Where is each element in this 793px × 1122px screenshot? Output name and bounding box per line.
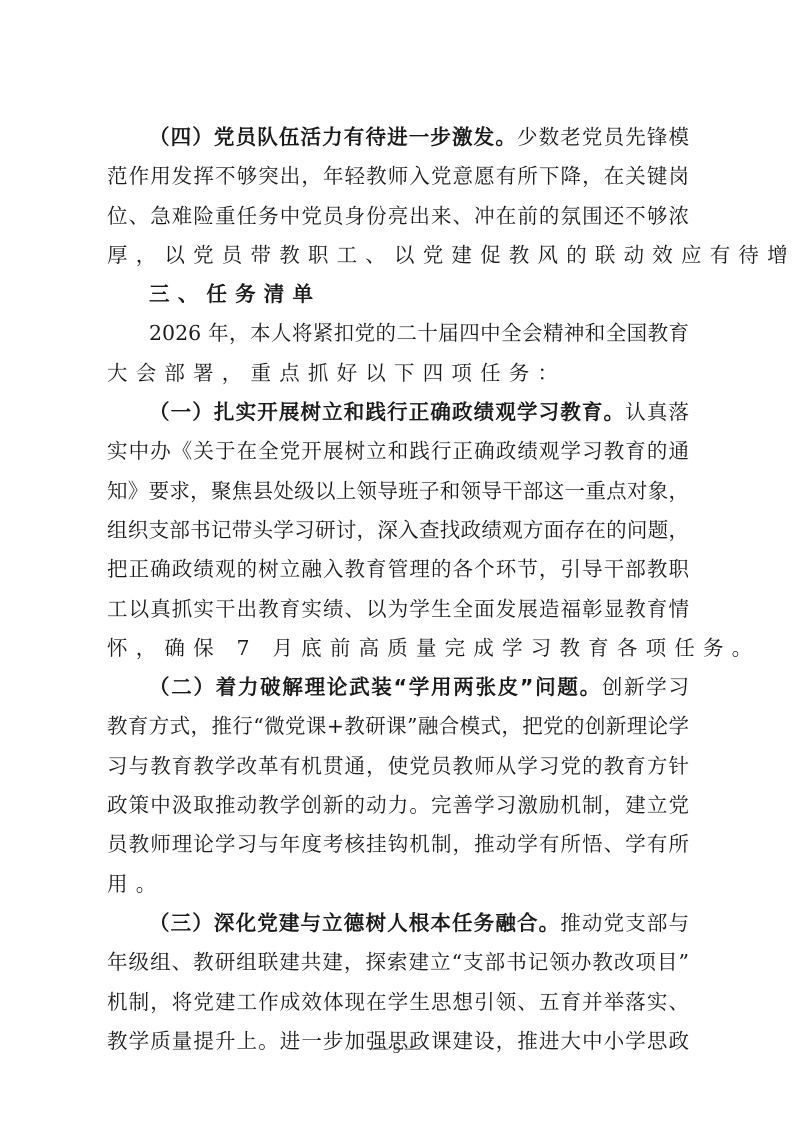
text-line: 习与教育教学改革有机贯通，使党员教师从学习党的教育方针: [107, 747, 689, 786]
body-text: 员教师理论学习与年度考核挂钩机制，推动学有所悟、学有所: [107, 832, 689, 856]
body-text: 教育方式，推行“微党课+教研课”融合模式，把党的创新理论学: [107, 714, 689, 738]
body-text: 认真落: [625, 400, 689, 424]
body-text: 位、急难险重任务中党员身份亮出来、冲在前的氛围还不够浓: [107, 204, 689, 228]
paragraph-p4: （四）党员队伍活力有待进一步激发。少数老党员先锋模范作用发挥不够突出，年轻教师入…: [107, 118, 689, 275]
body-text: 工以真抓实干出教育实绩、以为学生全面发展造福彰显教育情: [107, 597, 689, 621]
text-line: 大会部署，重点抓好以下四项任务：: [107, 354, 689, 393]
task-heading: （三）深化党建与立德树人根本任务融合。: [149, 911, 560, 935]
text-line: 工以真抓实干出教育实绩、以为学生全面发展造福彰显教育情: [107, 590, 689, 629]
text-line: （四）党员队伍活力有待进一步激发。少数老党员先锋模: [107, 118, 689, 157]
paragraph-section3: 三、任务清单: [107, 275, 689, 314]
body-text: 知》要求，聚焦县处级以上领导班子和领导干部这一重点对象，: [107, 479, 689, 503]
body-text: 范作用发挥不够突出，年轻教师入党意愿有所下降，在关键岗: [107, 164, 689, 188]
body-text: 习与教育教学改革有机贯通，使党员教师从学习党的教育方针: [107, 754, 689, 778]
body-text: 推动党支部与: [560, 911, 689, 935]
document-page: （四）党员队伍活力有待进一步激发。少数老党员先锋模范作用发挥不够突出，年轻教师入…: [107, 118, 689, 1061]
text-line: 把正确政绩观的树立融入教育管理的各个环节，引导干部教职: [107, 550, 689, 589]
body-text: 组织支部书记带头学习研讨，深入查找政绩观方面存在的问题，: [107, 518, 689, 542]
text-line: 年级组、教研组联建共建，探索建立“支部书记领办教改项目”: [107, 943, 689, 982]
body-text: 用。: [107, 872, 164, 896]
section-heading: 三、任务清单: [149, 282, 321, 306]
text-line: （一）扎实开展树立和践行正确政绩观学习教育。认真落: [107, 393, 689, 432]
text-line: 知》要求，聚焦县处级以上领导班子和领导干部这一重点对象，: [107, 472, 689, 511]
text-line: （三）深化党建与立德树人根本任务融合。推动党支部与: [107, 904, 689, 943]
body-text: 大会部署，重点抓好以下四项任务：: [107, 361, 566, 385]
paragraph-t3: （三）深化党建与立德树人根本任务融合。推动党支部与年级组、教研组联建共建，探索建…: [107, 904, 689, 1061]
text-line: 教育方式，推行“微党课+教研课”融合模式，把党的创新理论学: [107, 707, 689, 746]
text-line: 组织支部书记带头学习研讨，深入查找政绩观方面存在的问题，: [107, 511, 689, 550]
text-line: 厚，以党员带教职工、以党建促教风的联动效应有待增强。: [107, 236, 689, 275]
task-heading: （二）着力破解理论武装“学用两张皮”问题。: [149, 675, 602, 699]
body-text: 怀，确保 7 月底前高质量完成学习教育各项任务。: [107, 636, 760, 660]
body-text: 厚，以党员带教职工、以党建促教风的联动效应有待增强。: [107, 243, 793, 267]
body-text: 少数老党员先锋模: [517, 125, 689, 149]
task-heading: （四）党员队伍活力有待进一步激发。: [149, 125, 517, 149]
text-line: （二）着力破解理论武装“学用两张皮”问题。创新学习: [107, 668, 689, 707]
body-text: 机制，将党建工作成效体现在学生思想引领、五育并举落实、: [107, 990, 689, 1014]
text-line: 实中办《关于在全党开展树立和践行正确政绩观学习教育的通: [107, 432, 689, 471]
text-line: 2026 年，本人将紧扣党的二十届四中全会精神和全国教育: [107, 314, 689, 353]
page-number: — 5 —: [0, 1040, 793, 1058]
text-line: 位、急难险重任务中党员身份亮出来、冲在前的氛围还不够浓: [107, 197, 689, 236]
body-text: 年级组、教研组联建共建，探索建立“支部书记领办教改项目”: [107, 950, 689, 974]
body-text: 创新学习: [602, 675, 689, 699]
task-heading: （一）扎实开展树立和践行正确政绩观学习教育。: [149, 400, 625, 424]
paragraph-t2: （二）着力破解理论武装“学用两张皮”问题。创新学习教育方式，推行“微党课+教研课…: [107, 668, 689, 904]
text-line: 三、任务清单: [107, 275, 689, 314]
body-text: 把正确政绩观的树立融入教育管理的各个环节，引导干部教职: [107, 557, 689, 581]
text-line: 用。: [107, 865, 689, 904]
text-line: 员教师理论学习与年度考核挂钩机制，推动学有所悟、学有所: [107, 825, 689, 864]
text-line: 怀，确保 7 月底前高质量完成学习教育各项任务。: [107, 629, 689, 668]
body-text: 实中办《关于在全党开展树立和践行正确政绩观学习教育的通: [107, 439, 689, 463]
body-text: 政策中汲取推动教学创新的动力。完善学习激励机制，建立党: [107, 793, 689, 817]
paragraph-intro: 2026 年，本人将紧扣党的二十届四中全会精神和全国教育大会部署，重点抓好以下四…: [107, 314, 689, 393]
text-line: 范作用发挥不够突出，年轻教师入党意愿有所下降，在关键岗: [107, 157, 689, 196]
text-line: 政策中汲取推动教学创新的动力。完善学习激励机制，建立党: [107, 786, 689, 825]
text-line: 机制，将党建工作成效体现在学生思想引领、五育并举落实、: [107, 983, 689, 1022]
body-text: 2026 年，本人将紧扣党的二十届四中全会精神和全国教育: [149, 321, 689, 345]
paragraph-t1: （一）扎实开展树立和践行正确政绩观学习教育。认真落实中办《关于在全党开展树立和践…: [107, 393, 689, 668]
